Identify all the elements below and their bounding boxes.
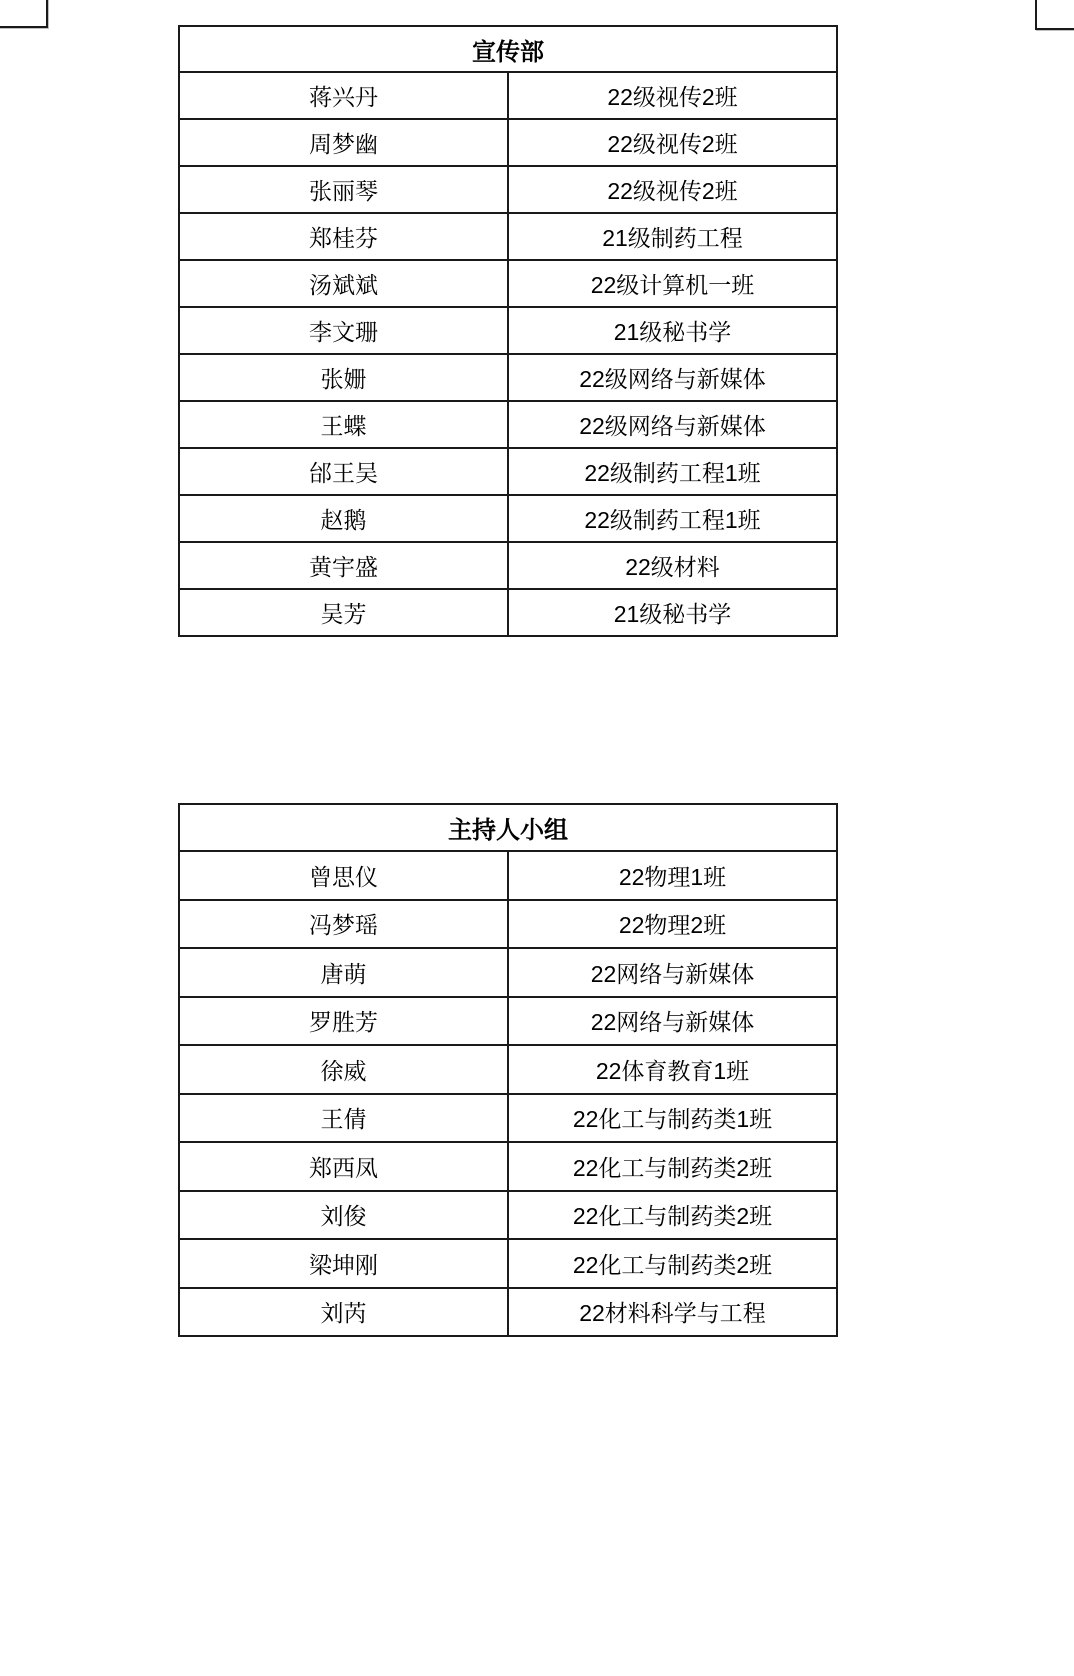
table-row: 赵鹅22级制药工程1班: [179, 495, 837, 542]
member-class-cell: 22级制药工程1班: [508, 495, 837, 542]
table-row: 徐威22体育教育1班: [179, 1045, 837, 1094]
member-class-cell: 22网络与新媒体: [508, 997, 837, 1046]
member-name-cell: 唐萌: [179, 948, 508, 997]
table-row: 郑西凤22化工与制药类2班: [179, 1142, 837, 1191]
member-name-cell: 刘俊: [179, 1191, 508, 1240]
table-row: 张姗22级网络与新媒体: [179, 354, 837, 401]
member-name-cell: 邰王吴: [179, 448, 508, 495]
table-row: 黄宇盛22级材料: [179, 542, 837, 589]
member-class-cell: 22材料科学与工程: [508, 1288, 837, 1337]
member-name-cell: 蒋兴丹: [179, 72, 508, 119]
table-row: 周梦幽22级视传2班: [179, 119, 837, 166]
member-class-cell: 22级视传2班: [508, 166, 837, 213]
member-class-cell: 22体育教育1班: [508, 1045, 837, 1094]
member-class-cell: 21级制药工程: [508, 213, 837, 260]
member-class-cell: 22物理1班: [508, 851, 837, 900]
member-class-cell: 22网络与新媒体: [508, 948, 837, 997]
table-row: 蒋兴丹22级视传2班: [179, 72, 837, 119]
table-propaganda-department: 宣传部 蒋兴丹22级视传2班周梦幽22级视传2班张丽琴22级视传2班郑桂芬21级…: [178, 25, 838, 637]
member-name-cell: 赵鹅: [179, 495, 508, 542]
table-row: 刘俊22化工与制药类2班: [179, 1191, 837, 1240]
table-row: 王蝶22级网络与新媒体: [179, 401, 837, 448]
member-class-cell: 21级秘书学: [508, 589, 837, 636]
member-name-cell: 罗胜芳: [179, 997, 508, 1046]
member-class-cell: 22化工与制药类2班: [508, 1191, 837, 1240]
table-row: 曾思仪22物理1班: [179, 851, 837, 900]
member-class-cell: 22级制药工程1班: [508, 448, 837, 495]
member-class-cell: 22级视传2班: [508, 72, 837, 119]
member-name-cell: 张丽琴: [179, 166, 508, 213]
table-title: 宣传部: [179, 26, 837, 72]
member-class-cell: 22级材料: [508, 542, 837, 589]
member-name-cell: 曾思仪: [179, 851, 508, 900]
member-class-cell: 22级网络与新媒体: [508, 354, 837, 401]
member-name-cell: 冯梦瑶: [179, 900, 508, 949]
member-class-cell: 21级秘书学: [508, 307, 837, 354]
table-row: 王倩22化工与制药类1班: [179, 1094, 837, 1143]
member-name-cell: 梁坤刚: [179, 1239, 508, 1288]
table-row: 刘芮22材料科学与工程: [179, 1288, 837, 1337]
table-header-row: 宣传部: [179, 26, 837, 72]
member-name-cell: 黄宇盛: [179, 542, 508, 589]
member-name-cell: 周梦幽: [179, 119, 508, 166]
member-class-cell: 22化工与制药类1班: [508, 1094, 837, 1143]
member-class-cell: 22物理2班: [508, 900, 837, 949]
member-name-cell: 郑西凤: [179, 1142, 508, 1191]
member-class-cell: 22级视传2班: [508, 119, 837, 166]
member-name-cell: 王蝶: [179, 401, 508, 448]
member-name-cell: 汤斌斌: [179, 260, 508, 307]
table-row: 吴芳21级秘书学: [179, 589, 837, 636]
member-class-cell: 22化工与制药类2班: [508, 1239, 837, 1288]
member-name-cell: 吴芳: [179, 589, 508, 636]
table-header-row: 主持人小组: [179, 804, 837, 851]
member-class-cell: 22级网络与新媒体: [508, 401, 837, 448]
member-name-cell: 郑桂芬: [179, 213, 508, 260]
cropped-table-fragment-top-right: [1035, 0, 1074, 30]
document-canvas: 宣传部 蒋兴丹22级视传2班周梦幽22级视传2班张丽琴22级视传2班郑桂芬21级…: [0, 0, 1074, 1676]
table-row: 李文珊21级秘书学: [179, 307, 837, 354]
member-class-cell: 22级计算机一班: [508, 260, 837, 307]
table-row: 唐萌22网络与新媒体: [179, 948, 837, 997]
member-class-cell: 22化工与制药类2班: [508, 1142, 837, 1191]
table-host-group: 主持人小组 曾思仪22物理1班冯梦瑶22物理2班唐萌22网络与新媒体罗胜芳22网…: [178, 803, 838, 1337]
member-name-cell: 张姗: [179, 354, 508, 401]
table-row: 梁坤刚22化工与制药类2班: [179, 1239, 837, 1288]
member-name-cell: 王倩: [179, 1094, 508, 1143]
table-row: 邰王吴22级制药工程1班: [179, 448, 837, 495]
table-row: 冯梦瑶22物理2班: [179, 900, 837, 949]
table-title: 主持人小组: [179, 804, 837, 851]
member-name-cell: 李文珊: [179, 307, 508, 354]
member-name-cell: 刘芮: [179, 1288, 508, 1337]
table-row: 郑桂芬21级制药工程: [179, 213, 837, 260]
member-name-cell: 徐威: [179, 1045, 508, 1094]
table-row: 罗胜芳22网络与新媒体: [179, 997, 837, 1046]
table-row: 张丽琴22级视传2班: [179, 166, 837, 213]
cropped-table-fragment-top-left: [0, 0, 48, 28]
table-row: 汤斌斌22级计算机一班: [179, 260, 837, 307]
